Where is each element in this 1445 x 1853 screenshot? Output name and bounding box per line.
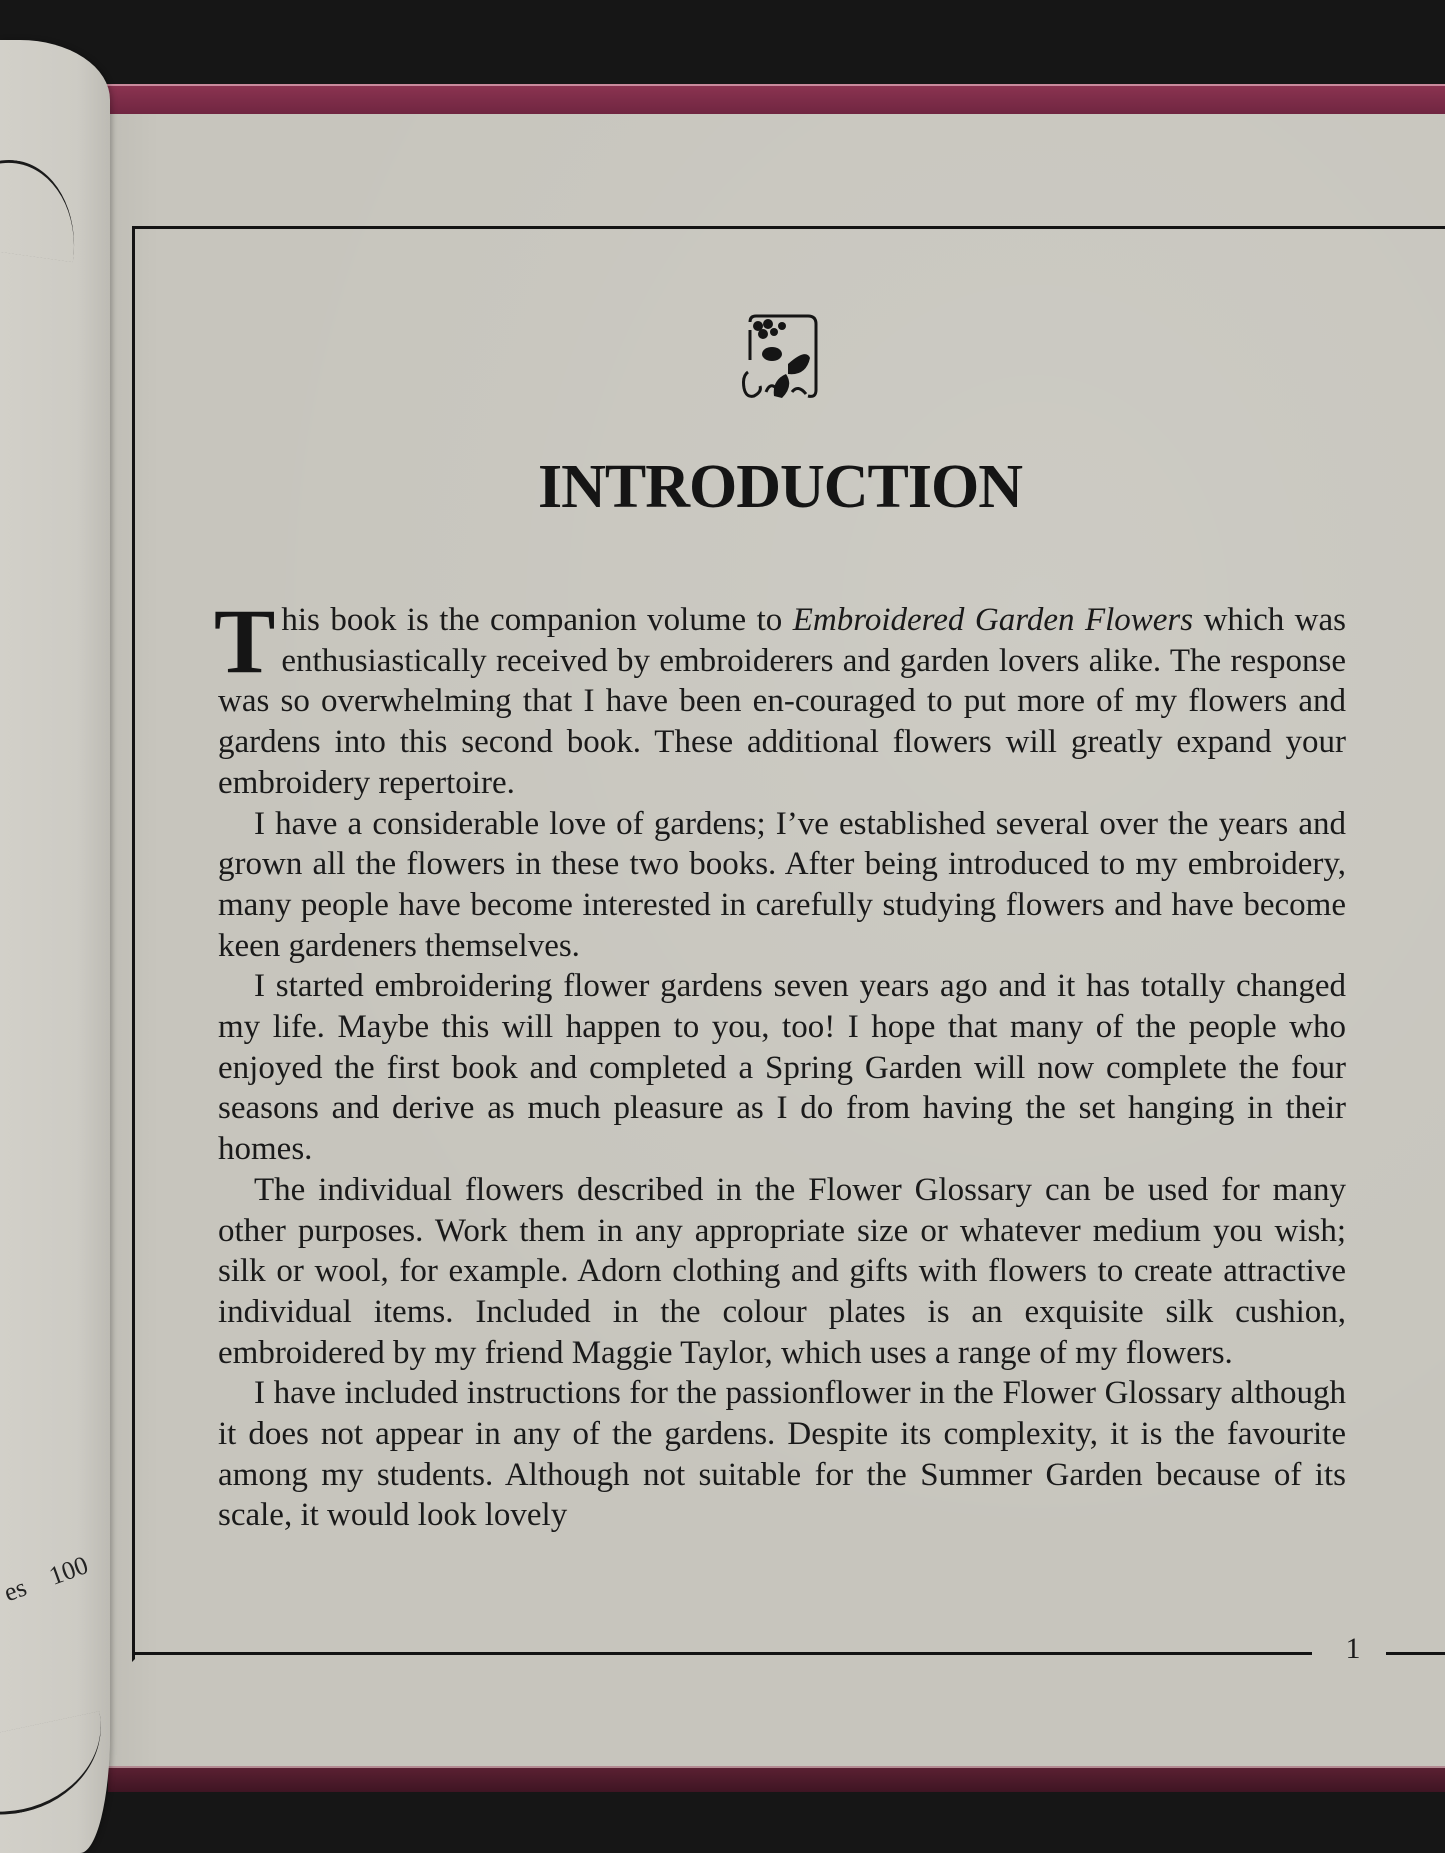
- left-page-number: 100: [45, 1550, 92, 1591]
- page-frame-bottom-rule-right: [1386, 1652, 1445, 1655]
- left-page: es 100: [0, 40, 110, 1853]
- paragraph-4: The individual flowers described in the …: [218, 1170, 1346, 1374]
- page-frame-bottom-rule: [132, 1652, 1312, 1655]
- body-text: This book is the companion volume to Emb…: [218, 600, 1346, 1536]
- paragraph-3: I started embroidering flower gardens se…: [218, 966, 1346, 1170]
- book-title-italic: Embroidered Garden Flowers: [793, 602, 1193, 638]
- floral-vignette-icon: [736, 312, 822, 404]
- book-cover-edge-bottom: [108, 1766, 1445, 1792]
- left-page-rule-top: [0, 151, 86, 263]
- left-page-rule-bottom: [0, 1711, 117, 1832]
- paragraph-2: I have a considerable love of gardens; I…: [218, 804, 1346, 967]
- page-number: 1: [1336, 1632, 1370, 1666]
- left-page-running-text: es: [0, 1573, 30, 1608]
- left-page-footer: es 100: [0, 1550, 92, 1608]
- book-cover-edge-top: [80, 84, 1445, 116]
- paragraph-text: his book is the companion volume to: [281, 602, 792, 638]
- drop-cap: T: [214, 606, 275, 676]
- paragraph-5: I have included instructions for the pas…: [218, 1373, 1346, 1536]
- paragraph-1: This book is the companion volume to Emb…: [218, 600, 1346, 804]
- page-title: INTRODUCTION: [0, 452, 1445, 523]
